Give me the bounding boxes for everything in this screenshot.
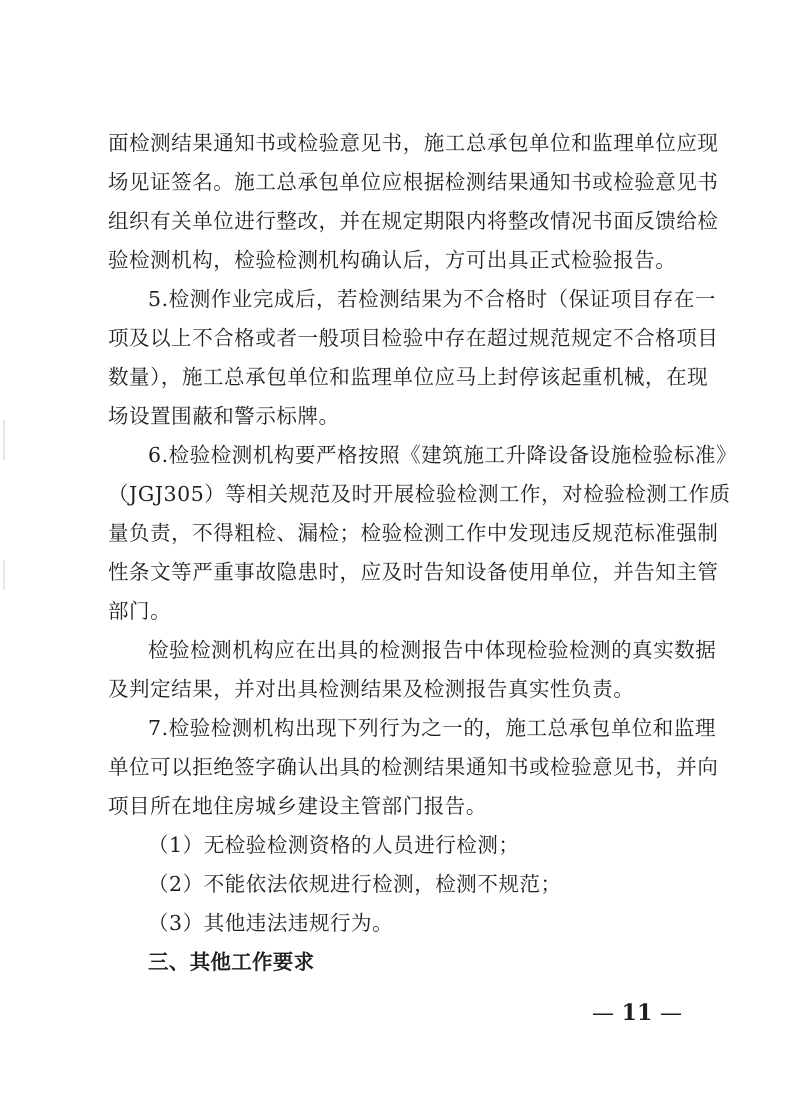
section-heading: 三、其他工作要求 bbox=[148, 947, 748, 977]
item-7-line: 7.检验检测机构出现下列行为之一的，施工总承包单位和监理 bbox=[148, 713, 748, 743]
scan-edge-mark bbox=[3, 420, 5, 460]
paragraph-line: 部门。 bbox=[108, 596, 708, 626]
paragraph-line: 验检测机构，检验检测机构确认后，方可出具正式检验报告。 bbox=[108, 245, 708, 275]
paragraph-line: 量负责，不得粗检、漏检；检验检测工作中发现违反规范标准强制 bbox=[108, 518, 708, 548]
item-5-line: 5.检测作业完成后，若检测结果为不合格时（保证项目存在一 bbox=[148, 284, 748, 314]
paragraph-line: 项及以上不合格或者一般项目检验中存在超过规范规定不合格项目 bbox=[108, 323, 708, 353]
paragraph-line: 检验检测机构应在出具的检测报告中体现检验检测的真实数据 bbox=[148, 635, 748, 665]
scan-edge-mark bbox=[3, 560, 5, 590]
page-number-value: 11 bbox=[622, 1000, 653, 1026]
paragraph-line: 组织有关单位进行整改，并在规定期限内将整改情况书面反馈给检 bbox=[108, 206, 708, 236]
page-number-dash-left: — bbox=[592, 1001, 614, 1026]
sub-item-3: （3）其他违法违规行为。 bbox=[148, 908, 748, 938]
sub-item-2: （2）不能依法依规进行检测，检测不规范； bbox=[148, 869, 748, 899]
sub-item-1: （1）无检验检测资格的人员进行检测； bbox=[148, 830, 748, 860]
document-page: 面检测结果通知书或检验意见书，施工总承包单位和监理单位应现 场见证签名。施工总承… bbox=[0, 0, 789, 1118]
paragraph-line: 单位可以拒绝签字确认出具的检测结果通知书或检验意见书，并向 bbox=[108, 752, 708, 782]
page-number: — 11 — bbox=[592, 998, 682, 1029]
paragraph-line: 面检测结果通知书或检验意见书，施工总承包单位和监理单位应现 bbox=[108, 128, 708, 158]
paragraph-line: 场设置围蔽和警示标牌。 bbox=[108, 401, 708, 431]
paragraph-line: 及判定结果，并对出具检测结果及检测报告真实性负责。 bbox=[108, 674, 708, 704]
paragraph-line: （JGJ305）等相关规范及时开展检验检测工作，对检验检测工作质 bbox=[108, 479, 708, 509]
item-6-line: 6.检验检测机构要严格按照《建筑施工升降设备设施检验标准》 bbox=[148, 440, 748, 470]
paragraph-line: 数量），施工总承包单位和监理单位应马上封停该起重机械，在现 bbox=[108, 362, 708, 392]
page-number-dash-right: — bbox=[660, 1001, 682, 1026]
paragraph-line: 项目所在地住房城乡建设主管部门报告。 bbox=[108, 791, 708, 821]
paragraph-line: 场见证签名。施工总承包单位应根据检测结果通知书或检验意见书 bbox=[108, 167, 708, 197]
paragraph-line: 性条文等严重事故隐患时，应及时告知设备使用单位，并告知主管 bbox=[108, 557, 708, 587]
